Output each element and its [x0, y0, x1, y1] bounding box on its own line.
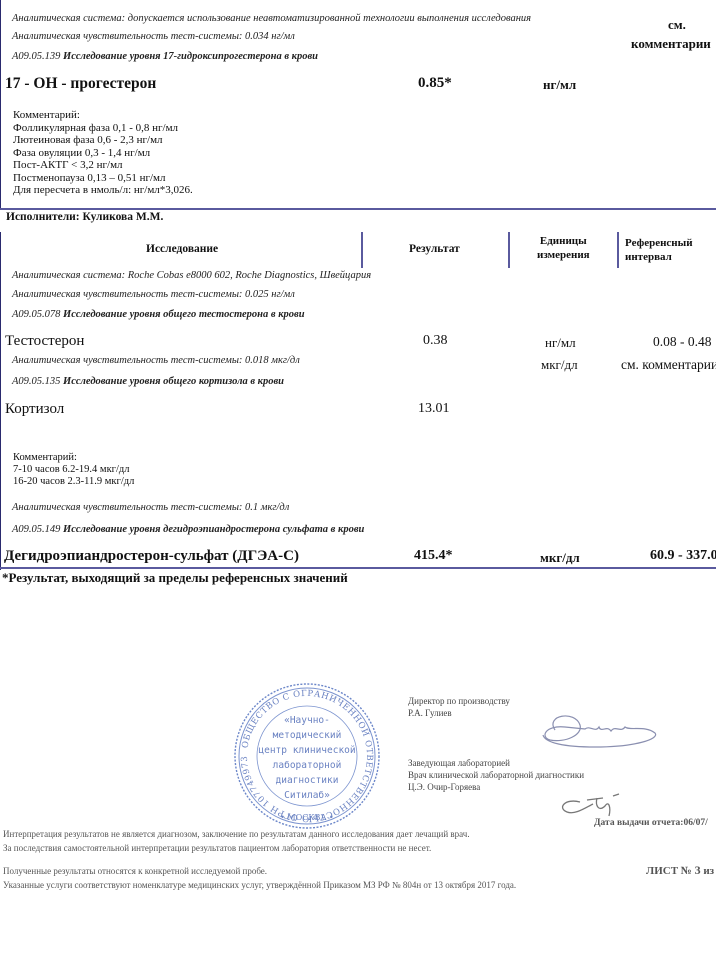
test-name-testosterone: Тестостерон [5, 333, 84, 350]
comment-title: Комментарий: [13, 109, 193, 122]
report-date: Дата выдачи отчета:06/07/ [594, 818, 708, 828]
test-result-17oh: 0.85* [418, 75, 452, 92]
svg-text:Ситилаб»: Ситилаб» [284, 790, 330, 801]
comment-line: 7-10 часов 6.2-19.4 мкг/дл [13, 464, 134, 476]
service-code-line: A09.05.149 Исследование уровня дегидроэп… [12, 524, 364, 535]
test-units-17oh: нг/мл [543, 77, 576, 93]
test-ref-cortisol: см. комментарии [621, 357, 716, 373]
svg-text:• МОСКВА •: • МОСКВА • [280, 813, 334, 822]
header-ref-line1: Референсный [625, 236, 693, 250]
lab-head-title: Заведующая лабораторией [408, 757, 584, 769]
stamp-icon: ОБЩЕСТВО С ОГРАНИЧЕННОЙ ОТВЕТСТВЕННОСТЬЮ… [232, 681, 382, 831]
analytic-system-line: Аналитическая система: допускается испол… [12, 13, 531, 24]
comment-line: Для пересчета в нмоль/л: нг/мл*3,026. [13, 184, 193, 197]
lab-stamp: ОБЩЕСТВО С ОГРАНИЧЕННОЙ ОТВЕТСТВЕННОСТЬЮ… [232, 681, 382, 831]
section1-left-border [0, 0, 1, 210]
test-name-17oh: 17 - ОН - прогестерон [5, 75, 156, 93]
test-units-testosterone: нг/мл [545, 335, 576, 351]
service-desc: Исследование уровня общего кортизола в к… [63, 376, 284, 387]
service-desc: Исследование уровня дегидроэпиандростеро… [63, 524, 364, 535]
service-code: A09.05.078 [12, 309, 60, 320]
disclaimer-line: Указанные услуги соответствуют номенклат… [3, 880, 516, 890]
test-ref-dhea: 60.9 - 337.0 [650, 548, 716, 564]
ref-see-comment-bottom: комментарии [631, 36, 711, 52]
disclaimer-line: Интерпретация результатов не является ди… [3, 829, 470, 839]
sensitivity-line: Аналитическая чувствительность тест-сист… [12, 355, 300, 366]
service-code: A09.05.139 [12, 51, 60, 62]
performers: Исполнители: Куликова М.М. [6, 211, 163, 223]
test-name-cortisol: Кортизол [5, 401, 64, 418]
service-code-line: A09.05.139 Исследование уровня 17-гидрок… [12, 51, 318, 62]
header-units-line1: Единицы [537, 234, 590, 248]
svg-text:диагностики: диагностики [276, 775, 339, 786]
comment-line: Фолликулярная фаза 0,1 - 0,8 нг/мл [13, 122, 193, 135]
test-name-dhea: Дегидроэпиандростерон-сульфат (ДГЭА-С) [4, 548, 299, 565]
header-divider [361, 232, 363, 268]
analytic-system-line: Аналитическая система: Roche Cobas e8000… [12, 270, 371, 281]
header-result: Результат [409, 243, 460, 255]
svg-text:лабораторной: лабораторной [273, 760, 342, 771]
director-signature [535, 705, 665, 760]
comment-line: 16-20 часов 2.3-11.9 мкг/дл [13, 476, 134, 488]
sheet-current: 3 [695, 863, 701, 877]
disclaimer-line: За последствия самостоятельной интерпрет… [3, 843, 431, 853]
signature-icon [555, 790, 635, 820]
header-units: Единицы измерения [537, 234, 590, 262]
header-units-line2: измерения [537, 248, 590, 262]
section2-bottom-border [0, 567, 716, 569]
signature-icon [535, 705, 665, 755]
sensitivity-line: Аналитическая чувствительность тест-сист… [12, 31, 295, 42]
director-block: Директор по производству Р.А. Гулиев [408, 695, 510, 719]
comment-line: Лютеиновая фаза 0,6 - 2,3 нг/мл [13, 134, 193, 147]
comment-line: Фаза овуляции 0,3 - 1,4 нг/мл [13, 147, 193, 160]
lab-head-block: Заведующая лабораторией Врач клинической… [408, 757, 584, 793]
header-study: Исследование [146, 243, 218, 255]
lab-head-role: Врач клинической лабораторной диагностик… [408, 769, 584, 781]
service-code-line: A09.05.078 Исследование уровня общего те… [12, 309, 305, 320]
header-ref: Референсный интервал [625, 236, 693, 264]
comment-title: Комментарий: [13, 452, 134, 464]
disclaimer-line: Полученные результаты относятся к конкре… [3, 866, 267, 876]
comment-17oh: Комментарий: Фолликулярная фаза 0,1 - 0,… [13, 109, 193, 197]
header-divider [508, 232, 510, 268]
comment-cortisol: Комментарий: 7-10 часов 6.2-19.4 мкг/дл … [13, 452, 134, 488]
sheet-number: ЛИСТ № 3 из [646, 863, 714, 878]
service-desc: Исследование уровня 17-гидроксипрогестер… [63, 51, 318, 62]
test-units-cortisol: мкг/дл [541, 357, 578, 373]
section1-bottom-border [0, 208, 716, 210]
director-title: Директор по производству [408, 695, 510, 707]
test-result-testosterone: 0.38 [423, 333, 448, 349]
svg-text:«Научно-: «Научно- [284, 715, 330, 726]
out-of-range-footnote: *Результат, выходящий за пределы референ… [2, 570, 348, 586]
sheet-of: из [703, 865, 714, 877]
sensitivity-line: Аналитическая чувствительность тест-сист… [12, 502, 289, 513]
test-result-cortisol: 13.01 [418, 401, 450, 417]
comment-line: Постменопауза 0,13 – 0,51 нг/мл [13, 172, 193, 185]
test-units-dhea: мкг/дл [540, 550, 580, 566]
svg-text:методический: методический [273, 730, 342, 741]
service-desc: Исследование уровня общего тестостерона … [63, 309, 305, 320]
section2-left-border [0, 232, 1, 570]
header-ref-line2: интервал [625, 250, 693, 264]
svg-text:центр клинической: центр клинической [258, 745, 355, 756]
service-code-line: A09.05.135 Исследование уровня общего ко… [12, 376, 284, 387]
service-code: A09.05.135 [12, 376, 60, 387]
sensitivity-line: Аналитическая чувствительность тест-сист… [12, 289, 295, 300]
test-result-dhea: 415.4* [414, 548, 453, 564]
header-divider [617, 232, 619, 268]
sheet-label: ЛИСТ № [646, 865, 692, 877]
service-code: A09.05.149 [12, 524, 60, 535]
comment-line: Пост-АКТГ < 3,2 нг/мл [13, 159, 193, 172]
ref-see-comment-top: см. [668, 17, 686, 33]
test-ref-testosterone: 0.08 - 0.48 [653, 334, 712, 350]
director-name: Р.А. Гулиев [408, 707, 510, 719]
